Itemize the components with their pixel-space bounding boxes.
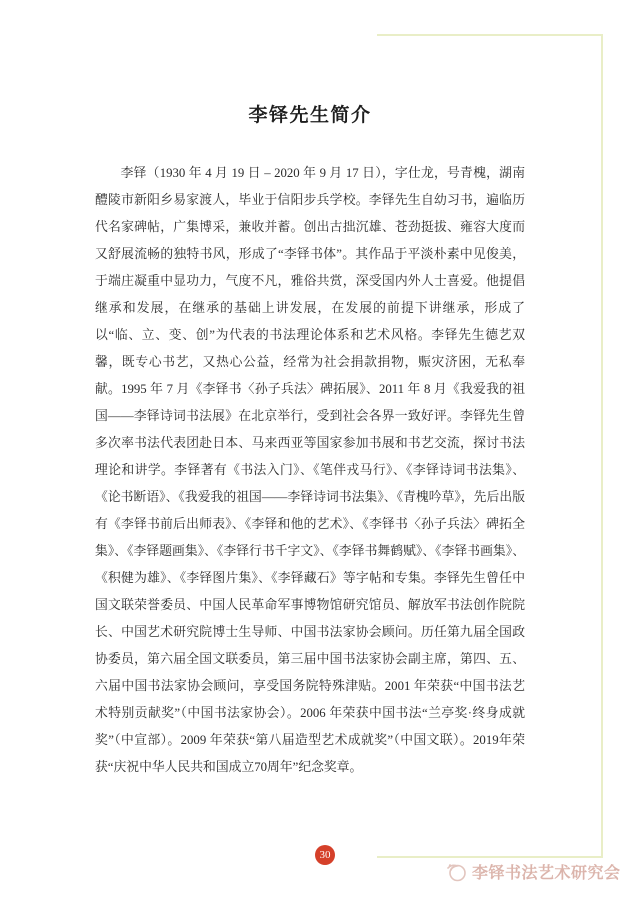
watermark-text: 李铎书法艺术研究会 <box>472 860 621 883</box>
page-number-badge: 30 <box>315 845 335 865</box>
biography-paragraph: 李铎（1930 年 4 月 19 日 – 2020 年 9 月 17 日），字仕… <box>95 160 525 781</box>
page-frame-right-border <box>601 34 603 858</box>
page-title: 李铎先生简介 <box>95 100 525 127</box>
footer-watermark: 李铎书法艺术研究会 <box>446 858 621 884</box>
document-page: 李铎先生简介 李铎（1930 年 4 月 19 日 – 2020 年 9 月 1… <box>0 0 640 898</box>
page-frame-top-border <box>377 34 603 36</box>
research-society-seal-icon <box>446 861 467 882</box>
